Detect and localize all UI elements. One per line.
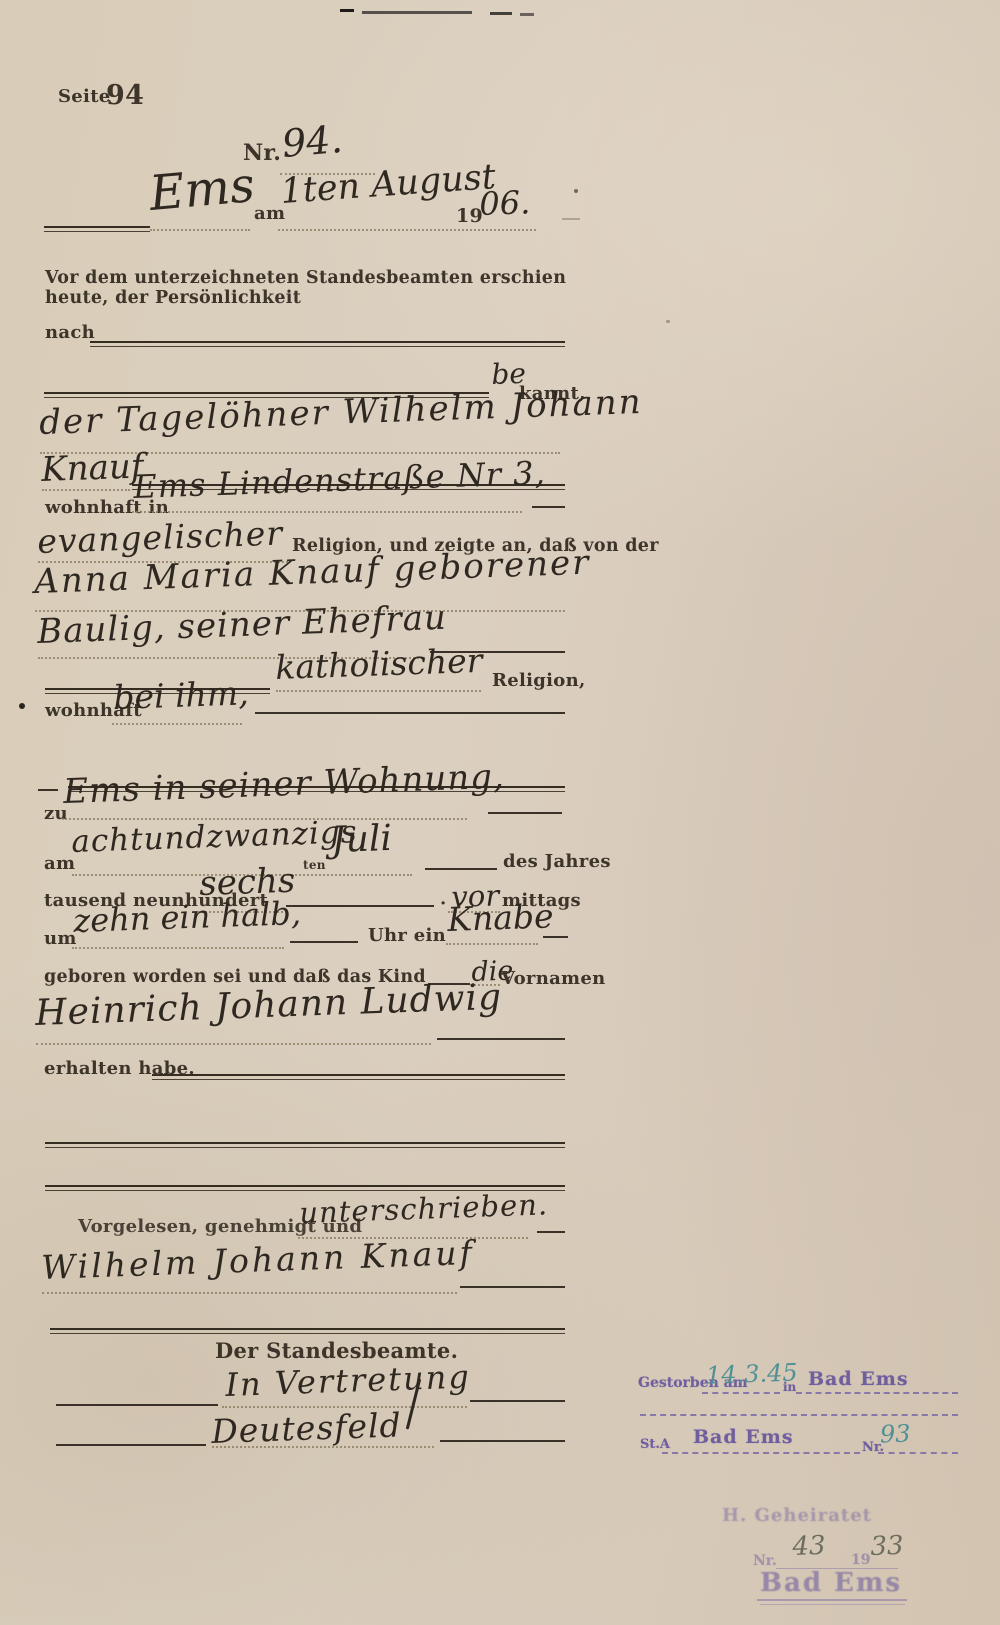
scan-edge-mark	[340, 9, 354, 12]
ink-speck	[19, 703, 25, 709]
nach-label: nach	[45, 322, 95, 343]
fill-line	[276, 690, 481, 692]
fill-line	[72, 947, 284, 949]
registry-sta-label: St.A	[640, 1437, 670, 1452]
ten-suffix: ten	[303, 858, 326, 872]
blank-rule	[50, 1328, 565, 1334]
birthday-entry: achtundzwanzigs	[71, 814, 358, 860]
ink-speck	[666, 320, 670, 323]
fill-line	[42, 1292, 457, 1294]
religion2-entry: katholischer	[275, 641, 483, 687]
birthplace-entry: Ems in seiner Wohnung,	[63, 757, 506, 812]
scan-edge-mark	[520, 13, 534, 16]
month-entry: Juli	[331, 818, 393, 861]
fill-line	[278, 229, 536, 231]
blank-rule	[460, 1286, 565, 1288]
blank-rule	[425, 868, 497, 870]
place-entry: Ems	[147, 157, 257, 222]
des-jahres-label: des Jahres	[503, 851, 611, 872]
date-entry: 1ten August	[279, 157, 497, 212]
in-vertretung-entry: In Vertretung	[225, 1357, 472, 1404]
scan-edge-mark	[490, 12, 512, 15]
blank-rule	[532, 506, 565, 508]
stamp-fill-line	[662, 1452, 860, 1454]
officer-signature: Deutesfeld	[211, 1405, 403, 1451]
time-entry: zehn ein halb,	[73, 894, 302, 940]
uhr-ein-label: Uhr ein	[368, 925, 446, 946]
childsex-entry: Knabe	[447, 896, 555, 939]
stamp-fill-line	[878, 1452, 958, 1454]
blank-rule	[543, 936, 568, 938]
marriage-place-stamp: Bad Ems	[760, 1568, 902, 1598]
blank-rule	[290, 941, 358, 943]
marriage-year-printed: 19	[851, 1552, 870, 1568]
registry-place-stamp: Bad Ems	[693, 1426, 794, 1448]
blank-rule	[45, 1142, 565, 1148]
intro-text: Vor dem unterzeichneten Standesbeamten e…	[45, 268, 570, 308]
blank-rule	[437, 1038, 565, 1040]
birth-record-scan: Seite 94 Nr. 94. Ems am 1ten August 19 0…	[0, 0, 1000, 1625]
religion2-printed: Religion,	[492, 670, 586, 691]
registry-number-entry: 93	[880, 1419, 912, 1448]
fill-line	[42, 489, 130, 491]
marriage-year-entry: 33	[870, 1531, 904, 1562]
fill-line	[212, 1446, 434, 1448]
blank-rule	[56, 1444, 206, 1446]
um-label: um	[44, 928, 77, 949]
stamp-fill-line	[702, 1392, 780, 1394]
death-in-label: in	[783, 1380, 796, 1394]
stamp-divider-line	[640, 1414, 958, 1416]
page-number: 94	[106, 80, 144, 111]
record-nr-value: 94.	[280, 117, 344, 166]
scan-edge-mark	[362, 11, 472, 14]
blank-rule	[152, 1074, 565, 1080]
stamp-underline	[757, 1599, 907, 1601]
fill-line	[112, 723, 242, 725]
fill-line	[446, 943, 538, 945]
ink-speck	[574, 189, 578, 193]
blank-rule	[286, 905, 434, 907]
marriage-number-entry: 43	[792, 1531, 826, 1562]
am2-label: am	[44, 853, 75, 874]
fill-line	[150, 229, 250, 231]
blank-rule	[470, 1400, 565, 1402]
vornamen-label: Vornamen	[501, 968, 606, 989]
pencil-mark	[562, 218, 580, 220]
page-label: Seite	[58, 86, 111, 107]
year-entry: 06.	[479, 183, 531, 223]
declarant-entry-2: Knauf	[41, 446, 144, 490]
fill-line	[132, 511, 522, 513]
blank-rule	[90, 341, 565, 347]
blank-rule	[255, 712, 565, 714]
blank-rule	[56, 1404, 218, 1406]
fill-line	[36, 1043, 431, 1045]
residence-entry: Ems Lindenstraße Nr 3,	[133, 454, 547, 506]
blank-rule	[440, 1440, 565, 1442]
marriage-nr-label: Nr.	[753, 1553, 777, 1569]
death-place-stamp: Bad Ems	[808, 1368, 909, 1390]
residence2-entry: bei ihm,	[113, 673, 250, 717]
blank-rule	[488, 812, 562, 814]
marriage-stamp-title: H. Geheiratet	[722, 1505, 872, 1526]
blank-rule	[44, 226, 150, 232]
unterschrieben-entry: unterschrieben.	[299, 1187, 549, 1230]
declarant-signature: Wilhelm Johann Knauf	[41, 1233, 476, 1287]
blank-rule	[537, 1231, 565, 1233]
stamp-underline	[760, 1604, 905, 1605]
mid-dot: ·	[440, 893, 447, 914]
stamp-fill-line	[796, 1392, 958, 1394]
blank-rule	[38, 789, 58, 791]
